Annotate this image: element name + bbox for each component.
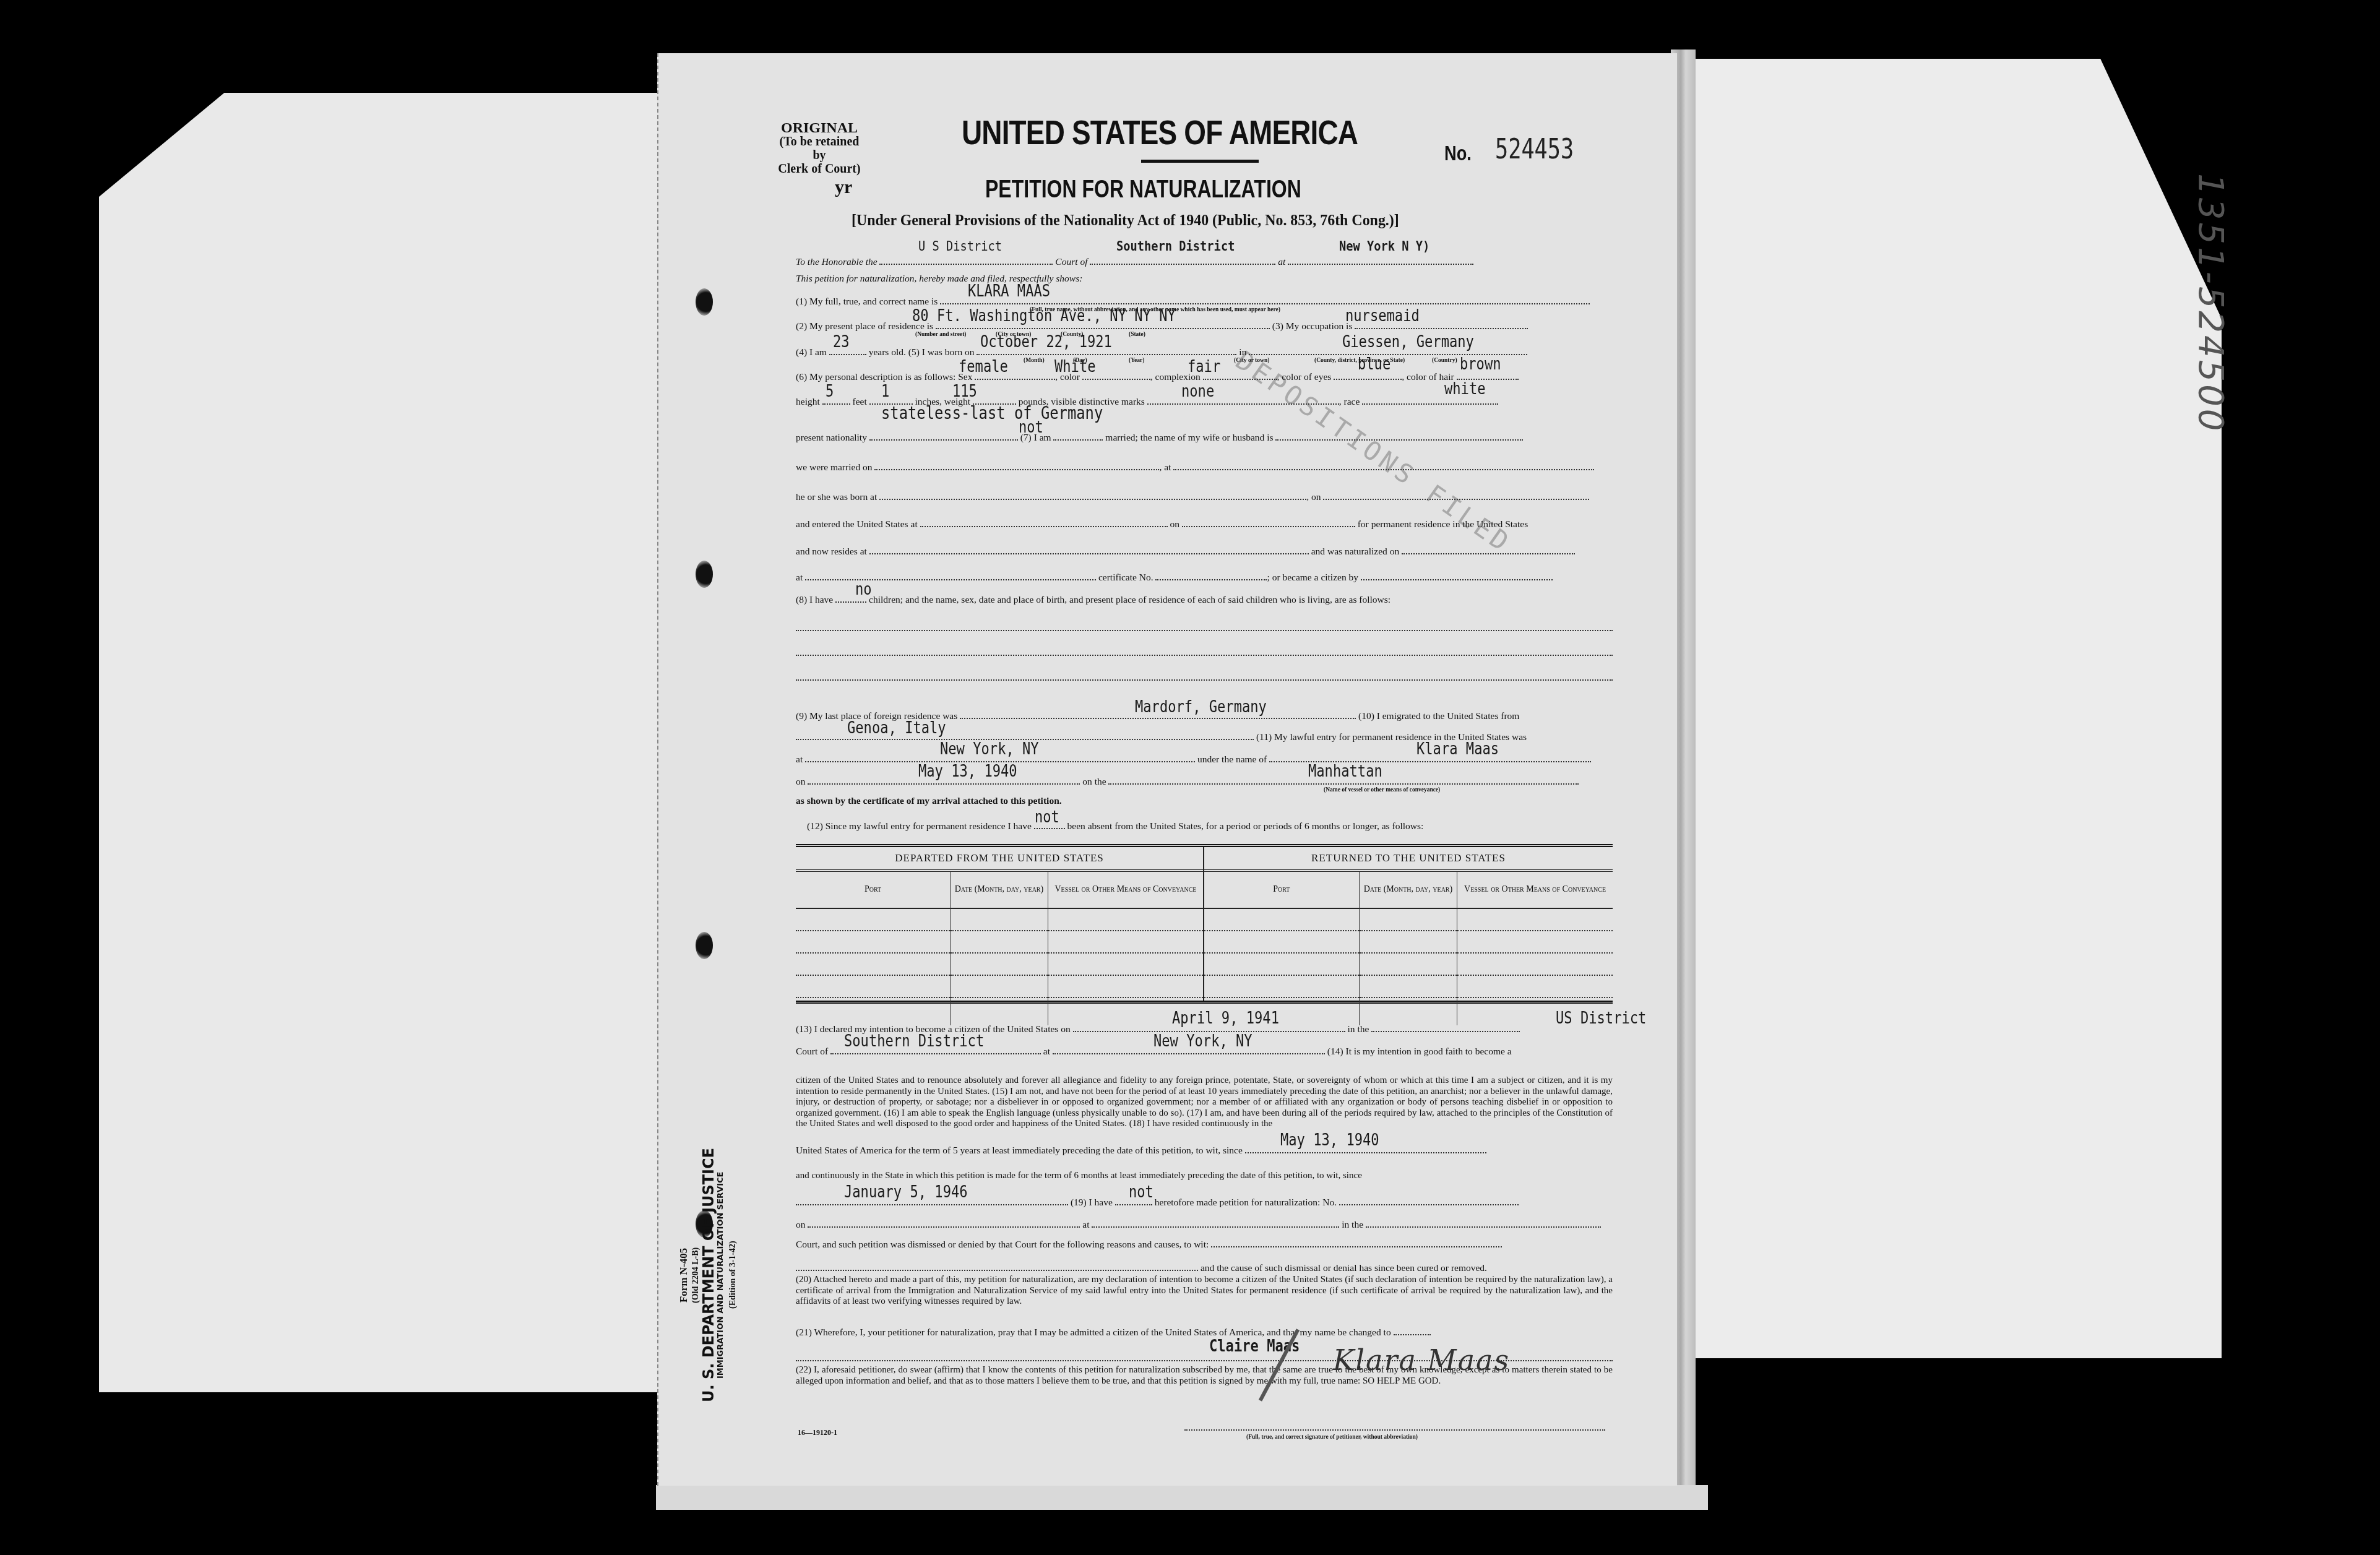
handwritten-reference: 1351-524500 [2191, 173, 2231, 434]
petition-intro: This petition for naturalization, hereby… [796, 274, 1603, 285]
signature-hint: (Full, true, and correct signature of pe… [1246, 1434, 1418, 1441]
court-location: New York N Y) [1339, 239, 1429, 254]
q12-line: (12) Since my lawful entry for permanent… [807, 821, 1603, 832]
binder-hole-icon [696, 288, 713, 316]
form-identification: Form N-405 (Old 2204 L-B) U. S. DEPARTME… [678, 1148, 739, 1402]
nationality-value: stateless-last of Germany [881, 403, 1103, 423]
resides-line: and now resides at and was naturalized o… [796, 546, 1603, 558]
spouse-born-line: he or she was born at , on [796, 491, 1603, 503]
binder-hole-icon [696, 561, 713, 588]
departed-header: DEPARTED FROM THE UNITED STATES [796, 847, 1203, 872]
returned-section: RETURNED TO THE UNITED STATES Port Date … [1204, 847, 1613, 1001]
court-type: U S District [918, 239, 1002, 254]
married-on-line: we were married on , at [796, 462, 1603, 473]
entry-at-line: at under the name of [796, 754, 1603, 765]
q8-line: (8) I have children; and the name, sex, … [796, 594, 1603, 606]
petition-number-label: No. [1444, 142, 1472, 166]
residence-5yr-line: United States of America for the term of… [796, 1145, 1603, 1157]
q2-line: (2) My present place of residence is (3)… [796, 321, 1603, 332]
absence-table: DEPARTED FROM THE UNITED STATES Port Dat… [796, 844, 1613, 1004]
oath-paragraph: citizen of the United States and to reno… [796, 1075, 1613, 1130]
petition-page: ORIGINAL (To be retained by Clerk of Cou… [657, 53, 1677, 1486]
cured-line: and the cause of such dismissal or denia… [796, 1262, 1603, 1274]
court-district: Southern District [1116, 239, 1235, 254]
document-subtitle: PETITION FOR NATURALIZATION [985, 176, 1301, 204]
q20-paragraph: (20) Attached hereto and made a part of … [796, 1275, 1613, 1307]
title-rule [1141, 160, 1259, 163]
nationality-line: present nationality (7) I am married; th… [796, 432, 1603, 444]
court-of-line: Court of at (14) It is my intention in g… [796, 1046, 1603, 1057]
certificate-line: at certificate No. ; or became a citizen… [796, 572, 1603, 584]
state-6mo-line: and continuously in the State in which t… [796, 1171, 1603, 1181]
prior-on-line: on at in the [796, 1219, 1603, 1231]
document-title: UNITED STATES OF AMERICA [962, 112, 1358, 152]
q21-line: (21) Wherefore, I, your petitioner for n… [796, 1327, 1603, 1338]
yr-mark: yr [835, 177, 852, 198]
binder-hole-icon [696, 932, 713, 959]
entry-on-line: on on the [796, 776, 1603, 788]
petitioner-signature: Klara Maas [1333, 1343, 1510, 1377]
departed-section: DEPARTED FROM THE UNITED STATES Port Dat… [796, 847, 1204, 1001]
court-line: To the Honorable the Court of at [796, 256, 1603, 268]
dismissed-line: Court, and such petition was dismissed o… [796, 1239, 1603, 1251]
returned-header: RETURNED TO THE UNITED STATES [1204, 847, 1613, 872]
q1-line: (1) My full, true, and correct name is [796, 296, 1603, 308]
original-note: ORIGINAL (To be retained by Clerk of Cou… [776, 121, 863, 176]
background-sheet-left [99, 93, 668, 1392]
print-code: 16—19120-1 [798, 1428, 837, 1437]
arrival-note: as shown by the certificate of my arriva… [796, 796, 1603, 807]
act-reference: [Under General Provisions of the Nationa… [852, 211, 1399, 230]
page-bottom-edge [656, 1485, 1708, 1510]
background-sheet-right [1671, 59, 2222, 1358]
petition-number: 524453 [1495, 134, 1574, 165]
q19-line: (19) I have heretofore made petition for… [796, 1197, 1603, 1208]
